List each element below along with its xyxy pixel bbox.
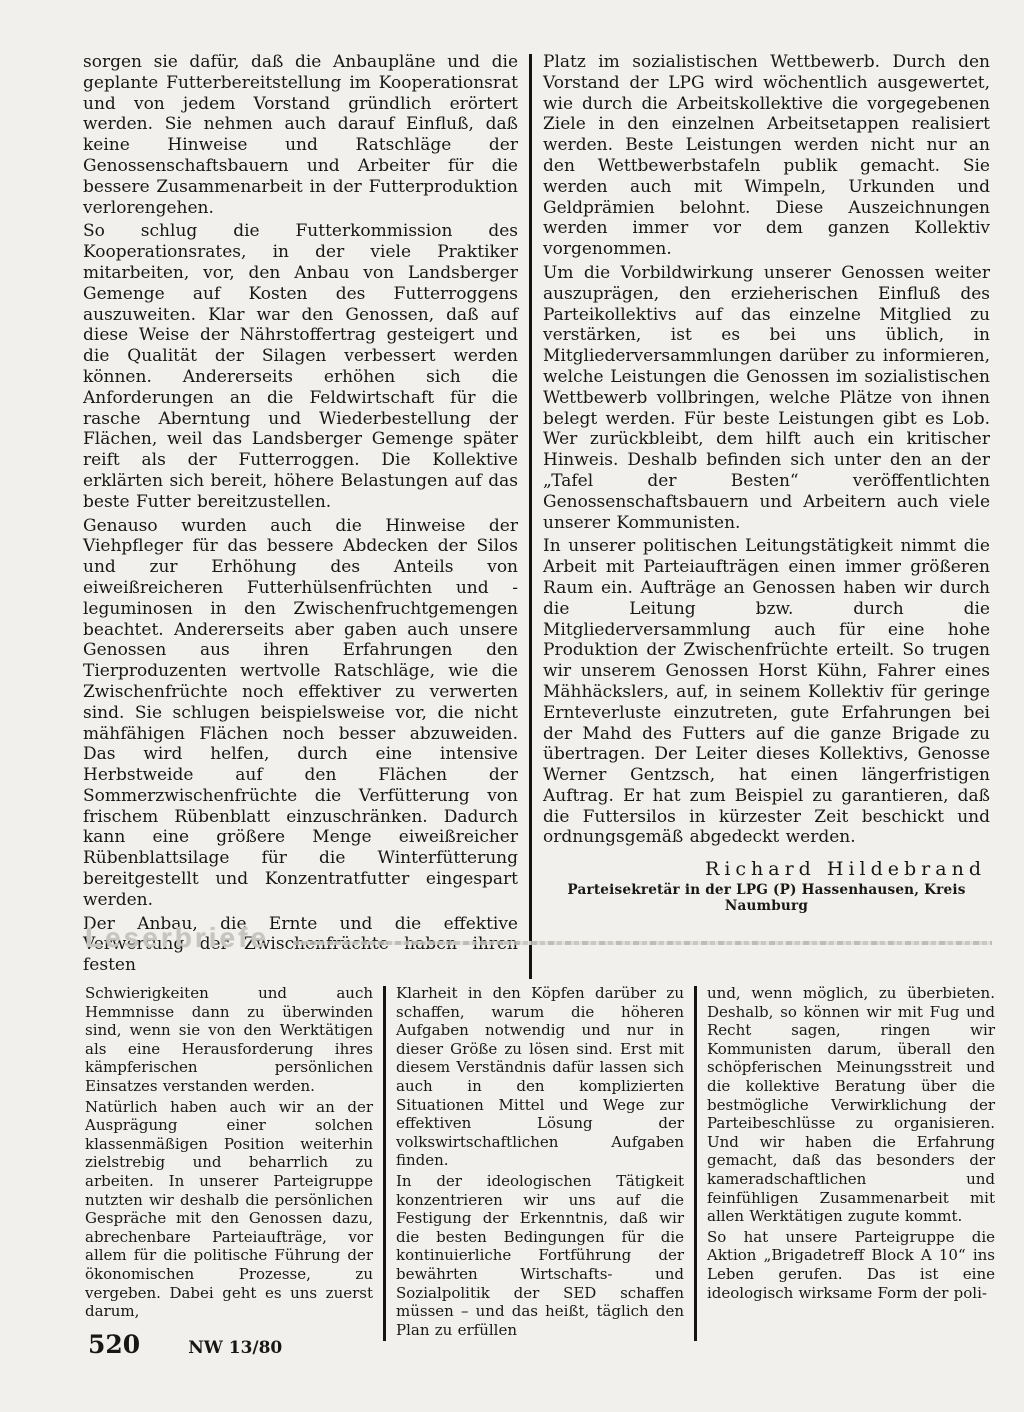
letter-paragraph: Klarheit in den Köpfen darüber zu schaff… <box>396 984 684 1170</box>
article-paragraph: Genauso wurden auch die Hinweise der Vie… <box>83 516 518 911</box>
decorative-scribble-rule <box>293 941 992 945</box>
author-signature: Richard Hildebrand <box>543 858 990 880</box>
section-title: Leserbriefe <box>85 922 269 954</box>
scanned-magazine-page: sorgen sie dafür, daß die Anbaupläne und… <box>0 0 1024 1412</box>
article-paragraph: sorgen sie dafür, daß die Anbaupläne und… <box>83 52 518 218</box>
letters-section: Schwierigkeiten und auch Hemmnisse dann … <box>85 984 1000 1341</box>
leserbriefe-section-header: Leserbriefe <box>85 922 992 954</box>
letter-paragraph: Natürlich haben auch wir an der Ausprägu… <box>85 1098 373 1321</box>
page-number: 520 <box>88 1330 140 1359</box>
page-footer: 520 NW 13/80 <box>88 1330 282 1359</box>
author-byline: Parteisekretär in der LPG (P) Hassenhaus… <box>543 882 990 914</box>
article-right-column: Platz im sozialistischen Wettbewerb. Dur… <box>543 52 990 979</box>
letter-paragraph: Schwierigkeiten und auch Hemmnisse dann … <box>85 984 373 1096</box>
article-paragraph: So schlug die Futterkommission des Koope… <box>83 221 518 512</box>
article-section: sorgen sie dafür, daß die Anbaupläne und… <box>83 52 993 979</box>
article-paragraph: Platz im sozialistischen Wettbewerb. Dur… <box>543 52 990 260</box>
letters-column-2: Klarheit in den Köpfen darüber zu schaff… <box>396 984 684 1341</box>
article-paragraph: Um die Vorbildwirkung unserer Genossen w… <box>543 263 990 533</box>
letters-column-1: Schwierigkeiten und auch Hemmnisse dann … <box>85 984 373 1341</box>
column-divider-rule <box>694 986 697 1341</box>
letters-column-3: und, wenn möglich, zu überbieten. Deshal… <box>707 984 995 1341</box>
letter-paragraph: So hat unsere Parteigruppe die Aktion „B… <box>707 1228 995 1302</box>
column-divider-rule <box>383 986 386 1341</box>
issue-label: NW 13/80 <box>188 1338 282 1358</box>
letter-paragraph: In der ideologischen Tätigkeit konzentri… <box>396 1172 684 1339</box>
article-left-column: sorgen sie dafür, daß die Anbaupläne und… <box>83 52 518 979</box>
column-divider-rule <box>529 54 532 979</box>
letter-paragraph: und, wenn möglich, zu überbieten. Deshal… <box>707 984 995 1226</box>
article-paragraph: In unserer politischen Leitungstätigkeit… <box>543 536 990 848</box>
